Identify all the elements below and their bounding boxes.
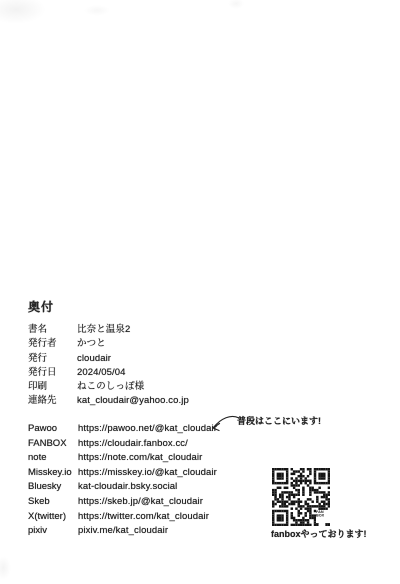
fanbox-qr-block: FAN BOX fanboxやっております! <box>272 468 368 526</box>
publish-date: 2024/05/04 <box>77 366 126 380</box>
contact-email: kat_cloudair@yahoo.co.jp <box>77 394 189 408</box>
link-row-fanbox: FANBOX https://cloudair.fanbox.cc/ <box>28 437 368 452</box>
link-label: pixiv <box>28 524 78 539</box>
colophon-label: 書名 <box>28 323 77 337</box>
colophon-label: 発行日 <box>28 366 77 380</box>
fanbox-qr-badge-line2: BOX <box>316 514 330 518</box>
colophon-label: 発行 <box>28 352 77 366</box>
link-label: Bluesky <box>28 480 78 495</box>
scan-artifact <box>0 0 46 24</box>
link-label: Skeb <box>28 495 78 510</box>
fanbox-caption: fanboxやっております! <box>271 527 367 540</box>
link-url-twitter: https://twitter.com/kat_cloudair <box>78 510 209 525</box>
scan-artifact <box>0 556 11 580</box>
colophon-row-date: 発行日 2024/05/04 <box>28 366 358 380</box>
colophon-label: 連絡先 <box>28 394 77 408</box>
link-url-pawoo: https://pawoo.net/@kat_cloudair <box>78 422 217 437</box>
link-label: note <box>28 451 78 466</box>
colophon-row-publisher: 発行 cloudair <box>28 352 358 366</box>
colophon-row-author: 発行者 かつと <box>28 337 358 351</box>
fanbox-qr-badge: FAN BOX <box>316 510 330 523</box>
circle-name: cloudair <box>77 352 111 366</box>
link-label: Pawoo <box>28 422 78 437</box>
link-url-bluesky: kat-cloudair.bsky.social <box>78 480 177 495</box>
colophon-page: 奥付 書名 比奈と温泉2 発行者 かつと 発行 cloudair 発行日 202… <box>0 0 400 584</box>
colophon-heading: 奥付 <box>28 298 54 315</box>
link-url-skeb: https://skeb.jp/@kat_cloudair <box>78 495 203 510</box>
colophon-row-printer: 印刷 ねこのしっぽ様 <box>28 380 358 394</box>
link-url-pixiv: pixiv.me/kat_cloudair <box>78 524 168 539</box>
colophon-label: 印刷 <box>28 380 77 394</box>
link-row-note: note https://note.com/kat_cloudair <box>28 451 368 466</box>
scan-artifact <box>228 0 244 9</box>
link-url-misskey: https://misskey.io/@kat_cloudair <box>78 466 217 481</box>
colophon-row-contact: 連絡先 kat_cloudair@yahoo.co.jp <box>28 394 358 408</box>
colophon-info-table: 書名 比奈と温泉2 発行者 かつと 発行 cloudair 発行日 2024/0… <box>28 323 358 409</box>
pawoo-annotation: 普段はここにいます! <box>237 414 321 427</box>
scan-artifact <box>84 5 110 16</box>
colophon-row-title: 書名 比奈と温泉2 <box>28 323 358 337</box>
link-label: Misskey.io <box>28 466 78 481</box>
author-name: かつと <box>77 337 106 351</box>
link-url-fanbox: https://cloudair.fanbox.cc/ <box>78 437 188 452</box>
colophon-label: 発行者 <box>28 337 77 351</box>
link-url-note: https://note.com/kat_cloudair <box>78 451 202 466</box>
link-label: FANBOX <box>28 437 78 452</box>
book-title: 比奈と温泉2 <box>77 323 130 337</box>
link-label: X(twitter) <box>28 510 78 525</box>
printer-name: ねこのしっぽ様 <box>77 380 144 394</box>
